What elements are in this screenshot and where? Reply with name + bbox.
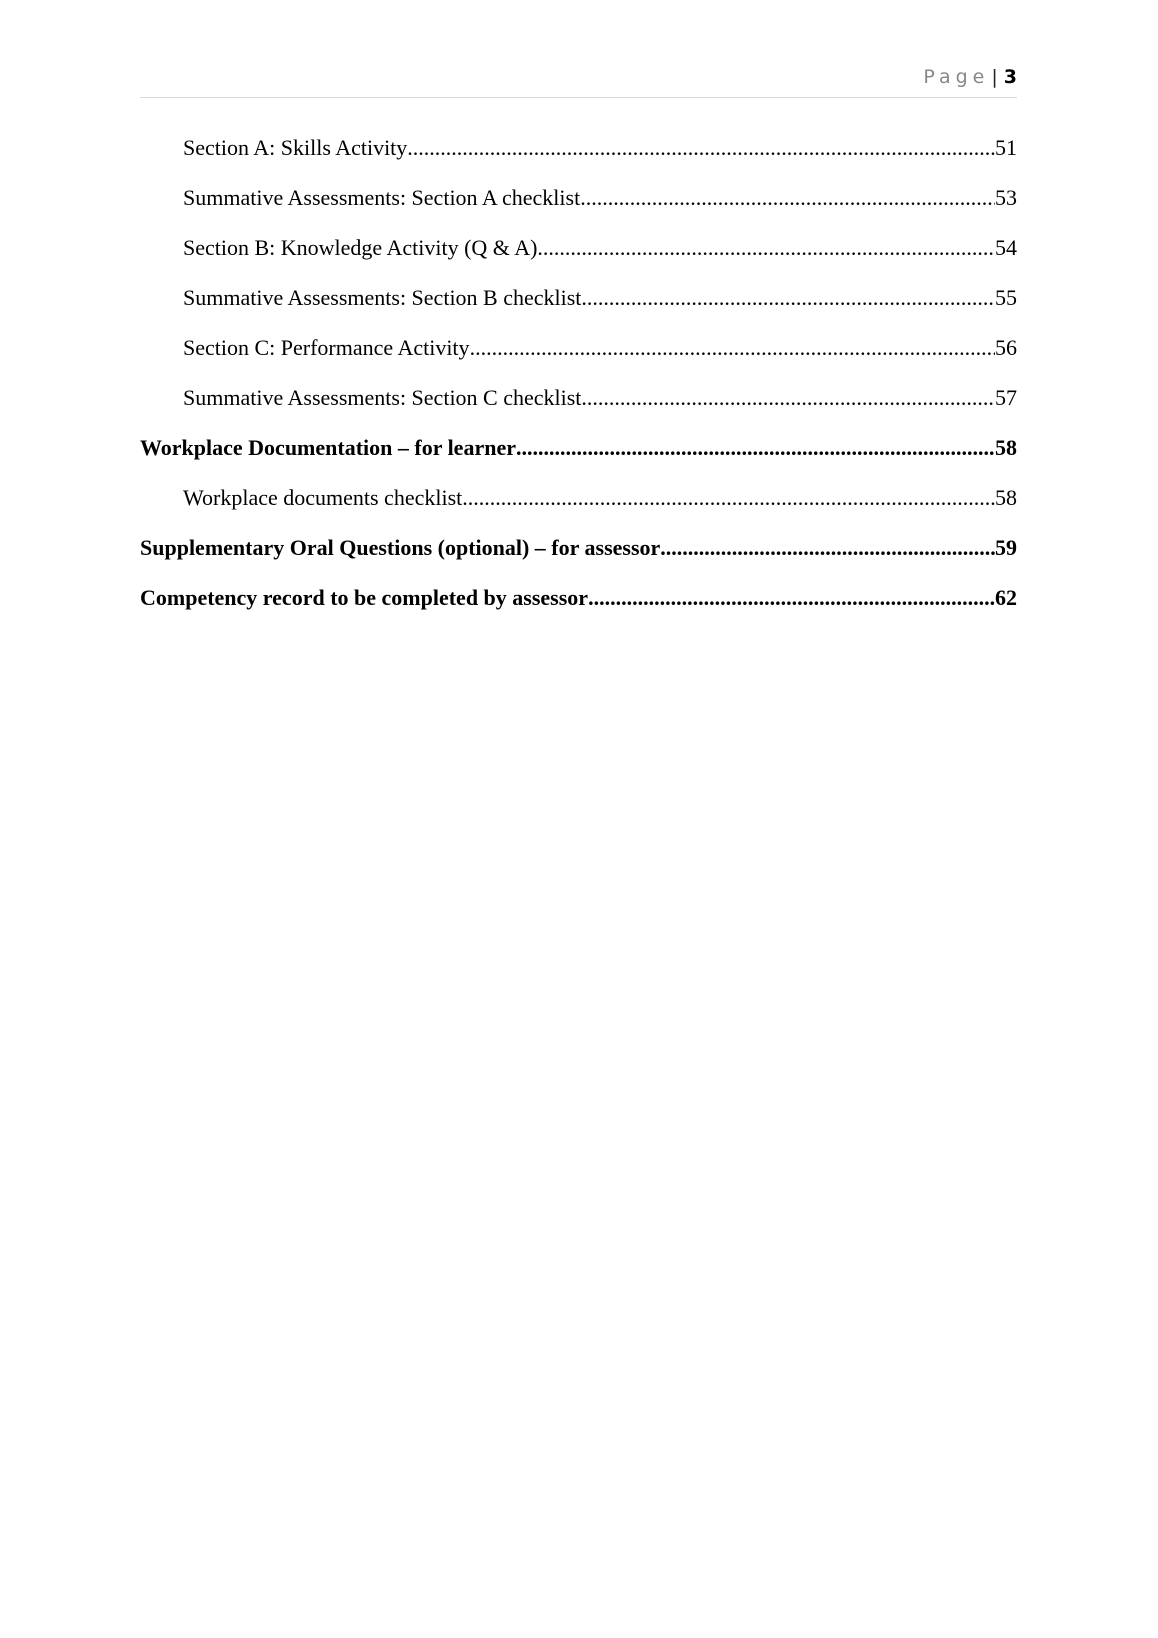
page-label: Page: [923, 66, 989, 88]
toc-entry[interactable]: Competency record to be completed by ass…: [140, 585, 1017, 635]
document-page: Page|3 Section A: Skills Activity51 Summ…: [0, 0, 1158, 1638]
table-of-contents: Section A: Skills Activity51 Summative A…: [140, 135, 1017, 635]
toc-entry-title: Competency record to be completed by ass…: [140, 585, 588, 611]
toc-entry-page: 58: [995, 435, 1017, 461]
toc-entry-page: 56: [995, 335, 1017, 361]
toc-entry[interactable]: Workplace documents checklist58: [140, 485, 1017, 535]
page-number: 3: [1004, 66, 1017, 88]
toc-entry[interactable]: Summative Assessments: Section B checkli…: [140, 285, 1017, 335]
dot-leader: [516, 435, 995, 461]
toc-entry-title: Workplace documents checklist: [183, 485, 462, 511]
dot-leader: [581, 285, 995, 311]
toc-entry[interactable]: Summative Assessments: Section A checkli…: [140, 185, 1017, 235]
toc-entry-title: Supplementary Oral Questions (optional) …: [140, 535, 660, 561]
toc-entry[interactable]: Workplace Documentation – for learner58: [140, 435, 1017, 485]
toc-entry-title: Summative Assessments: Section B checkli…: [183, 285, 581, 311]
toc-entry-page: 58: [995, 485, 1017, 511]
dot-leader: [462, 485, 995, 511]
toc-entry-page: 53: [995, 185, 1017, 211]
dot-leader: [470, 335, 995, 361]
toc-entry-title: Summative Assessments: Section C checkli…: [183, 385, 581, 411]
toc-entry-page: 54: [995, 235, 1017, 261]
toc-entry-title: Section B: Knowledge Activity (Q & A): [183, 235, 537, 261]
dot-leader: [588, 585, 995, 611]
page-separator: |: [991, 66, 997, 88]
toc-entry-title: Workplace Documentation – for learner: [140, 435, 516, 461]
dot-leader: [407, 135, 995, 161]
toc-entry-title: Section C: Performance Activity: [183, 335, 470, 361]
toc-entry-page: 55: [995, 285, 1017, 311]
toc-entry-title: Summative Assessments: Section A checkli…: [183, 185, 580, 211]
toc-entry-page: 57: [995, 385, 1017, 411]
toc-entry-title: Section A: Skills Activity: [183, 135, 407, 161]
dot-leader: [581, 385, 995, 411]
dot-leader: [537, 235, 995, 261]
dot-leader: [660, 535, 995, 561]
toc-entry[interactable]: Summative Assessments: Section C checkli…: [140, 385, 1017, 435]
toc-entry[interactable]: Section A: Skills Activity51: [140, 135, 1017, 185]
dot-leader: [580, 185, 995, 211]
page-header: Page|3: [140, 66, 1017, 96]
toc-entry-page: 62: [995, 585, 1017, 611]
header-rule: [140, 97, 1017, 98]
toc-entry-page: 51: [995, 135, 1017, 161]
toc-entry[interactable]: Supplementary Oral Questions (optional) …: [140, 535, 1017, 585]
toc-entry[interactable]: Section C: Performance Activity56: [140, 335, 1017, 385]
toc-entry-page: 59: [995, 535, 1017, 561]
toc-entry[interactable]: Section B: Knowledge Activity (Q & A)54: [140, 235, 1017, 285]
